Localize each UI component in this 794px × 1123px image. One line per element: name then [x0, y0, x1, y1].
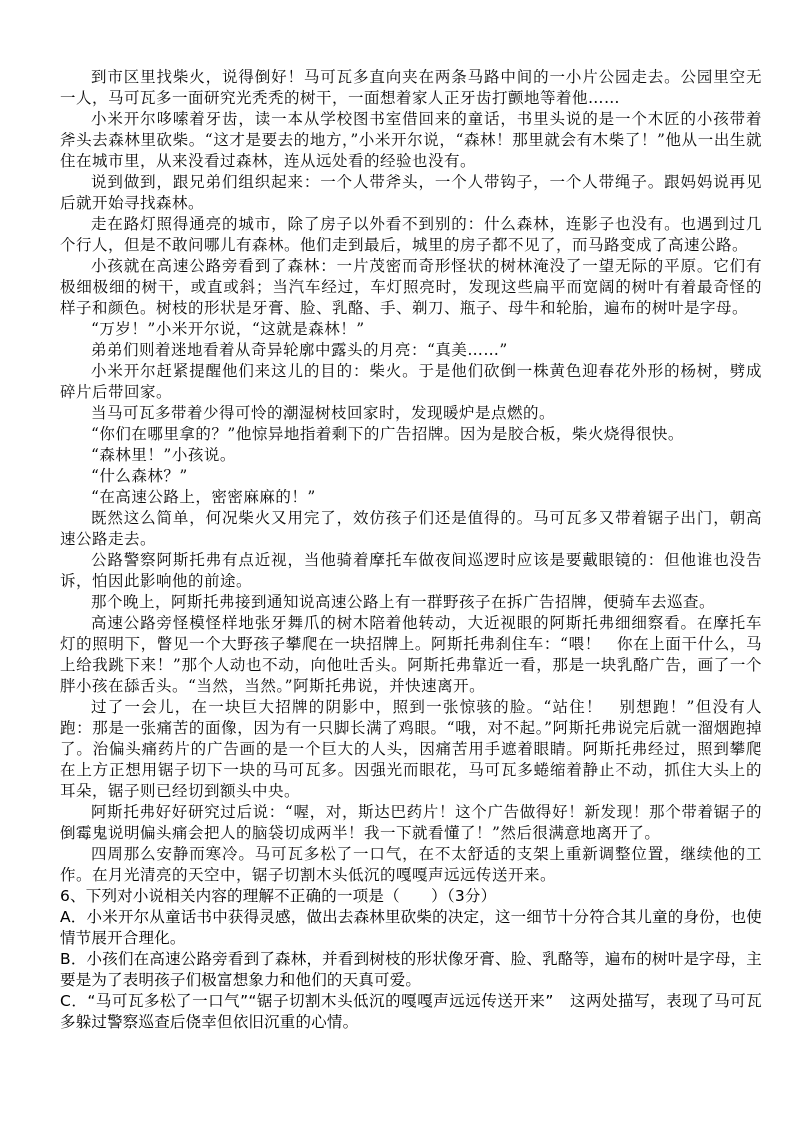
story-paragraph: 既然这么简单，何况柴火又用完了，效仿孩子们还是值得的。马可瓦多又带着锯子出门，朝… — [60, 508, 762, 550]
story-paragraph: 当马可瓦多带着少得可怜的潮湿树枝回家时，发现暖炉是点燃的。 — [60, 403, 762, 424]
question-option-a: A．小米开尔从童话书中获得灵感，做出去森林里砍柴的决定，这一细节十分符合其儿童的… — [60, 907, 762, 949]
story-paragraph: 小米开尔赶紧提醒他们来这儿的目的：柴火。于是他们砍倒一株黄色迎春花外形的杨树，劈… — [60, 361, 762, 403]
story-paragraph: 四周那么安静而寒冷。马可瓦多松了一口气，在不太舒适的支架上重新调整位置，继续他的… — [60, 844, 762, 886]
story-paragraph: 那个晚上，阿斯托弗接到通知说高速公路上有一群野孩子在拆广告招牌，便骑车去巡查。 — [60, 592, 762, 613]
story-paragraph: “你们在哪里拿的？”他惊异地指着剩下的广告招牌。因为是胶合板，柴火烧得很快。 — [60, 424, 762, 445]
story-paragraph: 弟弟们则着迷地看着从奇异轮廓中露头的月亮：“真美……” — [60, 340, 762, 361]
question-option-b: B．小孩们在高速公路旁看到了森林，并看到树枝的形状像牙膏、脸、乳酪等，遍布的树叶… — [60, 949, 762, 991]
story-paragraph: 阿斯托弗好好研究过后说：“喔，对，斯达巴药片！这个广告做得好！新发现！那个带着锯… — [60, 802, 762, 844]
exam-page: 到市区里找柴火，说得倒好！马可瓦多直向夹在两条马路中间的一小片公园走去。公园里空… — [0, 0, 794, 1123]
story-paragraph: 说到做到，跟兄弟们组织起来：一个人带斧头，一个人带钩子，一个人带绳子。跟妈妈说再… — [60, 172, 762, 214]
question-6: 6、下列对小说相关内容的理解不正确的一项是（ ）（3分） A．小米开尔从童话书中… — [60, 886, 762, 1033]
story-paragraph: 走在路灯照得通亮的城市，除了房子以外看不到别的：什么森林，连影子也没有。也遇到过… — [60, 214, 762, 256]
story-paragraph: 小孩就在高速公路旁看到了森林：一片茂密而奇形怪状的树林淹没了一望无际的平原。它们… — [60, 256, 762, 319]
story-paragraph: “万岁！”小米开尔说，“这就是森林！” — [60, 319, 762, 340]
story-paragraph: 小米开尔哆嗦着牙齿，读一本从学校图书室借回来的童话，书里头说的是一个木匠的小孩带… — [60, 109, 762, 172]
story-paragraph: “森林里！”小孩说。 — [60, 445, 762, 466]
story-paragraph: 到市区里找柴火，说得倒好！马可瓦多直向夹在两条马路中间的一小片公园走去。公园里空… — [60, 67, 762, 109]
story-paragraph: “什么森林？” — [60, 466, 762, 487]
story-paragraph: 公路警察阿斯托弗有点近视，当他骑着摩托车做夜间巡逻时应该是要戴眼镜的：但他谁也没… — [60, 550, 762, 592]
question-option-c: C．“马可瓦多松了一口气”“锯子切割木头低沉的嘎嘎声远远传送开来” 这两处描写，… — [60, 991, 762, 1033]
reading-passage: 到市区里找柴火，说得倒好！马可瓦多直向夹在两条马路中间的一小片公园走去。公园里空… — [60, 67, 762, 886]
question-stem: 6、下列对小说相关内容的理解不正确的一项是（ ）（3分） — [60, 886, 762, 907]
story-paragraph: 过了一会儿，在一块巨大招牌的阴影中，照到一张惊骇的脸。“站住！ 别想跑！”但没有… — [60, 697, 762, 802]
story-paragraph: 高速公路旁怪模怪样地张牙舞爪的树木陪着他转动，大近视眼的阿斯托弗细细察看。在摩托… — [60, 613, 762, 697]
story-paragraph: “在高速公路上，密密麻麻的！” — [60, 487, 762, 508]
